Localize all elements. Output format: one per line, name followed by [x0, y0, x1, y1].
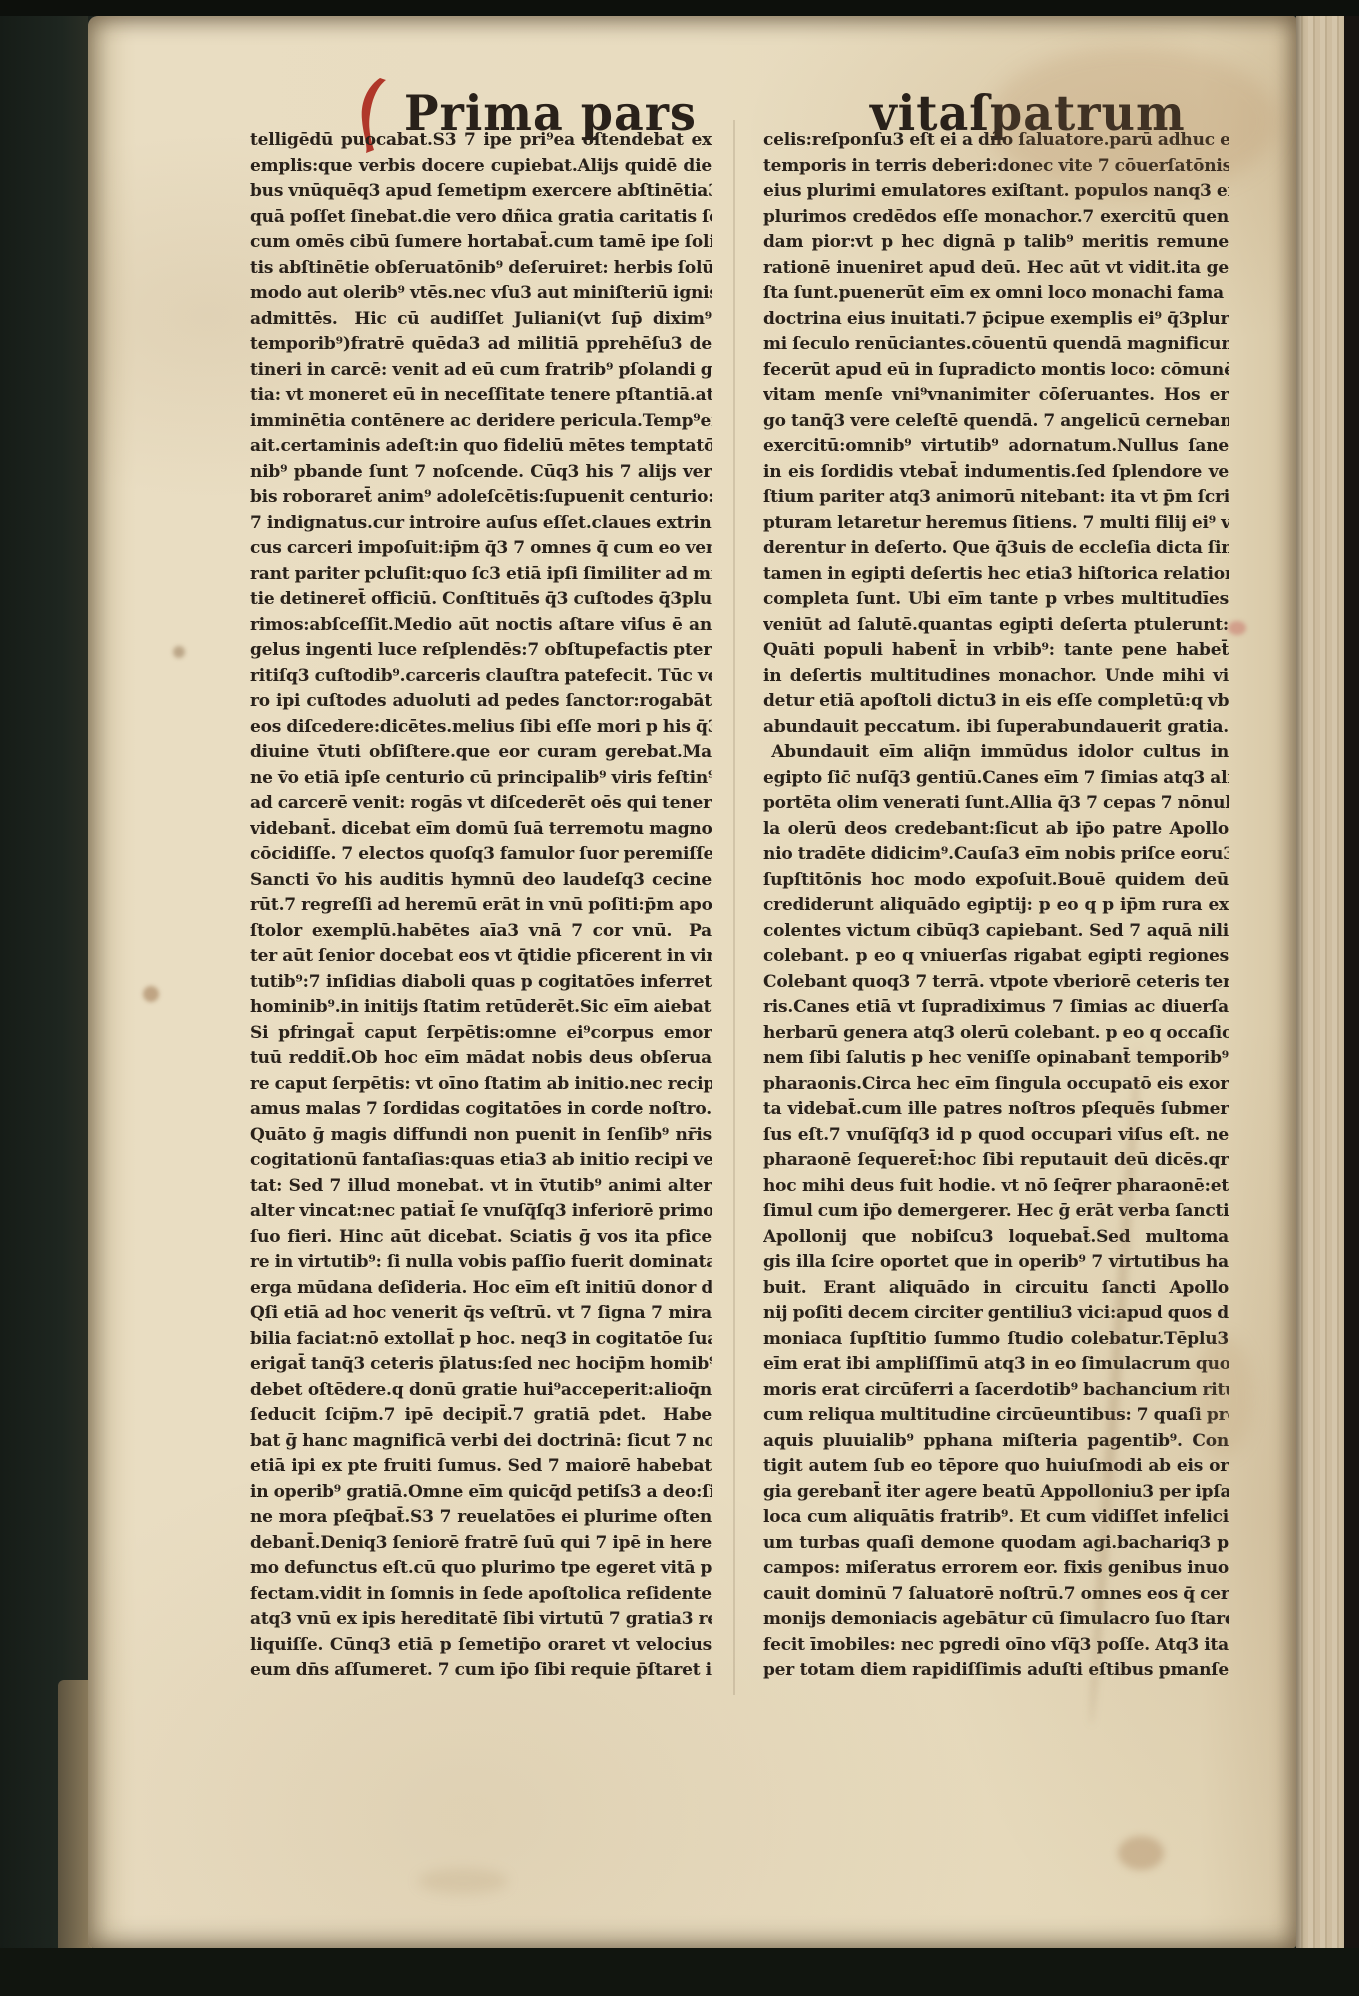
text-line: tie detineret̄ officiū. Conſtituēs q̄3 c…: [250, 587, 712, 613]
text-line: eum dn̄s aſſumeret. 7 cum ip̄o ſibi requ…: [250, 1658, 712, 1684]
text-line: tuū reddit̄.Ob hoc eīm mādat nobis deus …: [250, 1046, 712, 1072]
text-line: rūt.7 regreſſi ad heremū erāt in vnū poſ…: [250, 893, 712, 919]
text-line: telligēdū puocabat.S3 7 ipe pri⁹ea oſten…: [250, 128, 712, 154]
background-right-band: [1344, 0, 1359, 1996]
text-line: Quāti populi habent̄ in vrbib⁹: tante pe…: [763, 638, 1229, 664]
text-line: bus vnūquēq3 apud ſemetipm exercere abſt…: [250, 179, 712, 205]
text-line: erga mūdana deſideria. Hoc eīm eſt initi…: [250, 1276, 712, 1302]
text-line: herbarū genera atq3 olerū colebant. p eo…: [763, 1021, 1229, 1047]
text-line: nem ſibi ſalutis p hec veniſſe opinabant…: [763, 1046, 1229, 1072]
text-line: campos: miſeratus errorem eor. fixis gen…: [763, 1556, 1229, 1582]
text-line: liquiſſe. Cūnq3 etiā p ſemetip̄o oraret …: [250, 1633, 712, 1659]
text-line: videbant̄. dicebat eīm domū ſuā terremot…: [250, 817, 712, 843]
text-line: debant̄.Deniq3 ſeniorē fratrē ſuū qui 7 …: [250, 1531, 712, 1557]
text-line: pturam letaretur heremus ſitiens. 7 mult…: [763, 511, 1229, 537]
text-line: cum omēs cibū ſumere hortabat̄.cum tamē …: [250, 230, 712, 256]
text-line: ait.certaminis adeſt:in quo fideliū mēte…: [250, 434, 712, 460]
stain: [418, 1868, 508, 1894]
text-line: Qſi etiā ad hoc venerit q̄s veſtrū. vt 7…: [250, 1301, 712, 1327]
background-top-band: [0, 0, 1359, 16]
text-line: re in virtutib⁹: ſi nulla vobis paſſio f…: [250, 1250, 712, 1276]
text-line: gis illa ſcire oportet que in operib⁹ 7 …: [763, 1250, 1229, 1276]
text-line: cōcidiſſe. 7 electos quoſq3 famulor ſuor…: [250, 842, 712, 868]
text-line: tamen in egipti deſertis hec etia3 hiſto…: [763, 562, 1229, 588]
scanned-book-photo: Prima pars vitaſpatrum telligēdū puocaba…: [0, 0, 1359, 1996]
text-line: ro ipi cuſtodes aduoluti ad pedes ſancto…: [250, 689, 712, 715]
text-line: celis:reſponſu3 eſt ei a dño ſaluatore.p…: [763, 128, 1229, 154]
text-line: ſimul cum ip̄o demergerer. Hec ḡ erāt ve…: [763, 1199, 1229, 1225]
text-line: ad carcerē venit: rogās vt diſcederēt oē…: [250, 791, 712, 817]
text-line: colentes victum cibūq3 capiebant. Sed 7 …: [763, 919, 1229, 945]
stain: [1118, 1836, 1164, 1870]
text-line: egipto ſic̄ nuſq̄3 gentiū.Canes eīm 7 ſi…: [763, 766, 1229, 792]
text-line: portēta olim venerati ſunt.Allia q̄3 7 c…: [763, 791, 1229, 817]
text-line: Abundauit eīm aliq̄n immūdus idolor cult…: [763, 740, 1229, 766]
text-line: tutib⁹:7 inſidias diaboli quas p cogitat…: [250, 970, 712, 996]
text-line: nij poſiti decem circiter gentiliu3 vici…: [763, 1301, 1229, 1327]
text-line: re caput ſerpētis: vt oīno ſtatim ab ini…: [250, 1072, 712, 1098]
text-line: in deſertis multitudines monachor. Unde …: [763, 664, 1229, 690]
text-line: Sancti v̄o his auditis hymnū deo laudeſq…: [250, 868, 712, 894]
text-line: etiā ipi ex pte fruiti ſumus. Sed 7 maio…: [250, 1454, 712, 1480]
text-line: ſeducit ſcip̄m.7 ipē decipit̄.7 gratiā p…: [250, 1403, 712, 1429]
text-line: nio tradēte didicim⁹.Cauſa3 eīm nobis pr…: [763, 842, 1229, 868]
text-line: gia gerebant̄ iter agere beatū Appolloni…: [763, 1480, 1229, 1506]
text-line: bis roboraret̄ anim⁹ adoleſcētis:ſupueni…: [250, 485, 712, 511]
text-line: ſuo fieri. Hinc aūt dicebat. Sciatis ḡ v…: [250, 1225, 712, 1251]
text-line: eīm erat ibi ampliſſimū atq3 in eo ſimul…: [763, 1352, 1229, 1378]
text-line: ter aūt ſenior docebat eos vt q̄tidie pf…: [250, 944, 712, 970]
text-line: dam pior:vt p hec dignā p talib⁹ meritis…: [763, 230, 1229, 256]
text-line: Apollonij que nobiſcu3 loquebat̄.Sed mul…: [763, 1225, 1229, 1251]
text-line: ris.Canes etiā vt ſupradiximus 7 ſimias …: [763, 995, 1229, 1021]
text-line: mo defunctus eſt.cū quo plurimo tpe eger…: [250, 1556, 712, 1582]
text-line: mi ſeculo renūciantes.cōuentū quendā mag…: [763, 332, 1229, 358]
text-line: fecerūt apud eū in ſupradicto montis loc…: [763, 358, 1229, 384]
page-edge-stack: [1296, 10, 1344, 1958]
text-line: um turbas quaſi demone quodam agi.bachar…: [763, 1531, 1229, 1557]
text-line: ſtolor exemplū.habētes aīa3 vnā 7 cor vn…: [250, 919, 712, 945]
text-line: 7 indignatus.cur introire auſus eſſet.cl…: [250, 511, 712, 537]
text-line: in eis ſordidis vtebat̄ indumentis.ſed ſ…: [763, 460, 1229, 486]
background-bottom-band: [0, 1948, 1359, 1996]
text-line: bilia faciat:nō extollat̄ p hoc. neq3 in…: [250, 1327, 712, 1353]
text-line: go tanq̄3 vere celeſtē quendā. 7 angelic…: [763, 409, 1229, 435]
text-line: cogitationū fantaſias:quas etia3 ab init…: [250, 1148, 712, 1174]
text-line: tia: vt moneret eū in neceſſitate tenere…: [250, 383, 712, 409]
text-line: aquis pluuialib⁹ pphana miſteria pagenti…: [763, 1429, 1229, 1455]
text-line: modo aut olerib⁹ vtēs.nec vſu3 aut miniſ…: [250, 281, 712, 307]
text-line: vitam menſe vni⁹vnanimiter cōſeruantes. …: [763, 383, 1229, 409]
text-line: Quāto ḡ magis diffundi non puenit in ſen…: [250, 1123, 712, 1149]
text-line: diuine v̄tuti obſiſtere.que eor curam ge…: [250, 740, 712, 766]
text-line: rationē inueniret apud deū. Hec aūt vt v…: [763, 256, 1229, 282]
text-line: la olerū deos credebant:ſicut ab ip̄o pa…: [763, 817, 1229, 843]
text-line: colebant. p eo q vniuerſas rigabat egipt…: [763, 944, 1229, 970]
text-line: ſta ſunt.puenerūt eīm ex omni loco monac…: [763, 281, 1229, 307]
text-line: emplis:que verbis docere cupiebat.Alijs …: [250, 154, 712, 180]
book-board-edge: [58, 1680, 92, 1948]
text-line: derentur in deſerto. Que q̄3uis de eccle…: [763, 536, 1229, 562]
text-line: ne v̄o etiā ipſe centurio cū principalib…: [250, 766, 712, 792]
text-line: in operib⁹ gratiā.Omne eīm quicq̄d petiſ…: [250, 1480, 712, 1506]
text-line: ritiſq3 cuſtodib⁹.carceris clauſtra pate…: [250, 664, 712, 690]
text-line: tat: Sed 7 illud monebat. vt in v̄tutib⁹…: [250, 1174, 712, 1200]
text-line: moniaca ſupſtitio ſummo ſtudio colebatur…: [763, 1327, 1229, 1353]
text-line: exercitū:omnib⁹ virtutib⁹ adornatum.Null…: [763, 434, 1229, 460]
text-line: amus malas 7 ſordidas cogitatōes in cord…: [250, 1097, 712, 1123]
text-line: hoc mihi deus fuit hodie. vt nō ſeq̄rer …: [763, 1174, 1229, 1200]
text-line: ſtium pariter atq3 animorū nitebant: ita…: [763, 485, 1229, 511]
text-line: debet oſtēdere.q donū gratie hui⁹acceper…: [250, 1378, 712, 1404]
text-line: tineri in carcē: venit ad eū cum fratrib…: [250, 358, 712, 384]
text-line: gelus ingenti luce reſplendēs:7 obſtupef…: [250, 638, 712, 664]
text-line: rant pariter pcluſit:quo ſc3 etiā ipſi ſ…: [250, 562, 712, 588]
text-line: admittēs. Hic cū audiſſet Juliani(vt ſup…: [250, 307, 712, 333]
text-line: ne mora pſeq̄bat̄.S3 7 reuelatōes ei plu…: [250, 1505, 712, 1531]
text-line: per totam diem rapidiſſimis aduſti eſtib…: [763, 1658, 1229, 1684]
text-line: Colebant quoq3 7 terrā. vtpote vberiorē …: [763, 970, 1229, 996]
text-line: quā poſſet ſinebat.die vero dñica gratia…: [250, 205, 712, 231]
text-line: ſupſtitōnis hoc modo expoſuit.Bouē quide…: [763, 868, 1229, 894]
text-line: fecit īmobiles: nec pgredi oīno vſq̄3 po…: [763, 1633, 1229, 1659]
text-line: detur etiā apoſtoli dictu3 in eis eſſe c…: [763, 689, 1229, 715]
text-line: bat ḡ hanc magnificā verbi dei doctrinā:…: [250, 1429, 712, 1455]
text-line: plurimos credēdos eſſe monachor.7 exerci…: [763, 205, 1229, 231]
text-line: temporis in terris deberi:donec vite 7 c…: [763, 154, 1229, 180]
text-line: pharaonis.Circa hec eīm ſingula occupatō…: [763, 1072, 1229, 1098]
text-line: rimos:abſceſſit.Medio aūt noctis aſtare …: [250, 613, 712, 639]
text-line: temporib⁹)fratrē quēda3 ad militiā ppreh…: [250, 332, 712, 358]
text-line: cus carceri impoſuit:ip̄m q̄3 7 omnes q̄…: [250, 536, 712, 562]
text-line: loca cum aliquātis fratrib⁹. Et cum vidi…: [763, 1505, 1229, 1531]
text-line: eius plurimi emulatores exiſtant. populo…: [763, 179, 1229, 205]
stain: [143, 986, 159, 1002]
column-right: celis:reſponſu3 eſt ei a dño ſaluatore.p…: [763, 128, 1229, 1684]
text-line: buit. Erant aliquādo in circuitu ſancti …: [763, 1276, 1229, 1302]
text-line: cauit dominū 7 ſaluatorē noſtrū.7 omnes …: [763, 1582, 1229, 1608]
text-line: monijs demoniacis agebātur cū ſimulacro …: [763, 1607, 1229, 1633]
text-line: hominib⁹.in initijs ſtatim retūderēt.Sic…: [250, 995, 712, 1021]
stain: [1228, 621, 1246, 635]
column-gutter-shadow: [733, 120, 735, 1695]
text-line: Si pfringat̄ caput ſerpētis:omne ei⁹corp…: [250, 1021, 712, 1047]
text-line: erigat̄ tanq̄3 ceteris p̄latus:ſed nec h…: [250, 1352, 712, 1378]
text-line: tigit autem ſub eo tēpore quo huiuſmodi …: [763, 1454, 1229, 1480]
text-line: atq3 vnū ex ipis hereditatē ſibi virtutū…: [250, 1607, 712, 1633]
text-line: moris erat circūferri a ſacerdotib⁹ bach…: [763, 1378, 1229, 1404]
text-line: veniūt ad ſalutē.quantas egipti deſerta …: [763, 613, 1229, 639]
column-left: telligēdū puocabat.S3 7 ipe pri⁹ea oſten…: [250, 128, 712, 1684]
stain: [173, 646, 185, 658]
text-line: cum reliqua multitudine circūeuntibus: 7…: [763, 1403, 1229, 1429]
text-line: completa ſunt. Ubi eīm tante p vrbes mul…: [763, 587, 1229, 613]
text-line: tis abſtinētie obſeruatōnib⁹ deſeruiret:…: [250, 256, 712, 282]
text-line: nib⁹ pbande ſunt 7 noſcende. Cūq3 his 7 …: [250, 460, 712, 486]
text-line: pharaonē ſequeret̄:hoc ſibi reputauit de…: [763, 1148, 1229, 1174]
text-line: eos diſcedere:dicētes.melius ſibi eſſe m…: [250, 715, 712, 741]
text-line: doctrina eius inuitati.7 p̄cipue exempli…: [763, 307, 1229, 333]
text-line: ta videbat̄.cum ille patres noſtros pſeq…: [763, 1097, 1229, 1123]
text-line: abundauit peccatum. ibi ſuperabundauerit…: [763, 715, 1229, 741]
book-page: Prima pars vitaſpatrum telligēdū puocaba…: [88, 16, 1296, 1948]
text-line: fectam.vidit in ſomnis in ſede apoſtolic…: [250, 1582, 712, 1608]
text-line: crediderunt aliquādo egiptij: p eo q p i…: [763, 893, 1229, 919]
text-line: alter vincat:nec patiat̄ ſe vnuſq̄ſq3 in…: [250, 1199, 712, 1225]
text-line: ſus eſt.7 vnuſq̄ſq3 id p quod occupari v…: [763, 1123, 1229, 1149]
text-line: imminētia contēnere ac deridere pericula…: [250, 409, 712, 435]
